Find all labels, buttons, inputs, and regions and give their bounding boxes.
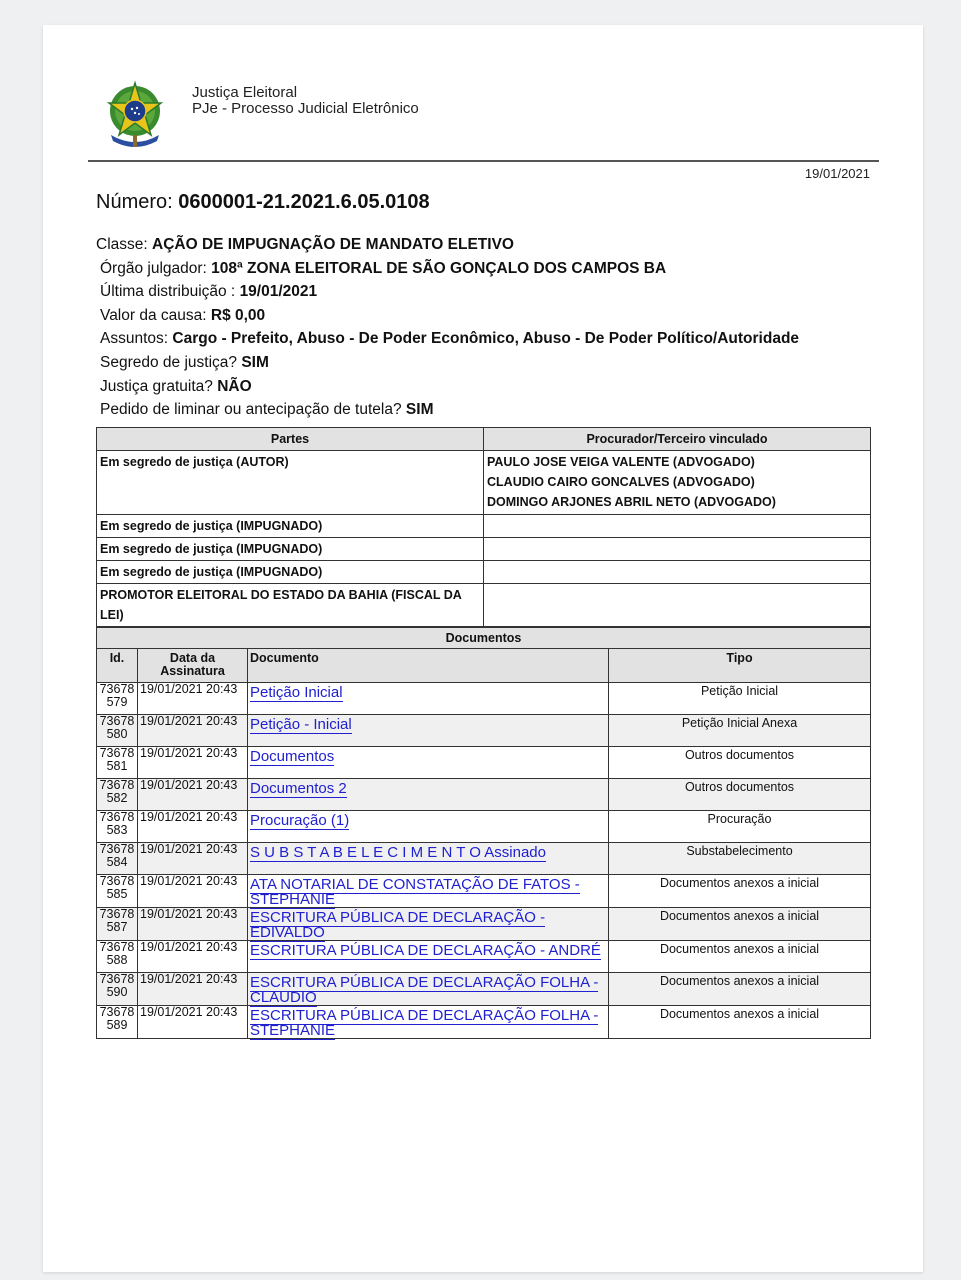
table-row: 7367858019/01/2021 20:43Petição - Inicia… [97,715,871,747]
doc-cell: Documentos [248,747,609,779]
table-row: 7367858219/01/2021 20:43Documentos 2Outr… [97,779,871,811]
doc-id: 73678584 [97,843,138,875]
procurador-header: Procurador/Terceiro vinculado [484,428,871,451]
procurador-cell [484,538,871,561]
doc-signature-date: 19/01/2021 20:43 [138,908,248,941]
field-label: Classe: [96,236,148,253]
field-value: NÃO [217,378,251,395]
field-value: AÇÃO DE IMPUGNAÇÃO DE MANDATO ELETIVO [152,236,514,253]
doc-type: Documentos anexos a inicial [609,941,871,973]
doc-link[interactable]: ESCRITURA PÚBLICA DE DECLARAÇÃO - EDIVAL… [250,907,545,942]
doc-id: 73678587 [97,908,138,941]
field-ultima-distribuicao: Última distribuição : 19/01/2021 [96,280,799,304]
doc-id-part: 585 [97,888,137,901]
parte-cell: PROMOTOR ELEITORAL DO ESTADO DA BAHIA (F… [97,584,484,627]
doc-id-part: 588 [97,954,137,967]
documentos-rows: 7367857919/01/2021 20:43Petição InicialP… [97,683,871,1039]
doc-signature-date: 19/01/2021 20:43 [138,747,248,779]
doc-id-part: 584 [97,856,137,869]
field-justica-gratuita: Justiça gratuita? NÃO [96,375,799,399]
field-label: Valor da causa: [100,307,207,324]
partes-table: Partes Procurador/Terceiro vinculado Em … [96,427,871,627]
doc-cell: ESCRITURA PÚBLICA DE DECLARAÇÃO FOLHA - … [248,973,609,1006]
field-value: 19/01/2021 [240,283,318,300]
documentos-header-row: Id. Data da Assinatura Documento Tipo [97,649,871,683]
document-page: Justiça Eleitoral PJe - Processo Judicia… [43,25,923,1272]
doc-type: Documentos anexos a inicial [609,908,871,941]
table-row: 7367858719/01/2021 20:43ESCRITURA PÚBLIC… [97,908,871,941]
doc-id: 73678589 [97,1006,138,1039]
table-row: 7367857919/01/2021 20:43Petição InicialP… [97,683,871,715]
doc-signature-date: 19/01/2021 20:43 [138,843,248,875]
doc-link[interactable]: S U B S T A B E L E C I M E N T O Assina… [250,842,546,862]
field-label: Pedido de liminar ou antecipação de tute… [100,401,402,418]
doc-id: 73678582 [97,779,138,811]
doc-id: 73678579 [97,683,138,715]
doc-cell: ESCRITURA PÚBLICA DE DECLARAÇÃO - ANDRÉ [248,941,609,973]
table-row: Em segredo de justiça (IMPUGNADO) [97,538,871,561]
doc-link[interactable]: Documentos 2 [250,778,347,798]
doc-cell: ESCRITURA PÚBLICA DE DECLARAÇÃO FOLHA - … [248,1006,609,1039]
doc-type: Documentos anexos a inicial [609,1006,871,1039]
doc-cell: Petição - Inicial [248,715,609,747]
table-row: PROMOTOR ELEITORAL DO ESTADO DA BAHIA (F… [97,584,871,627]
doc-link[interactable]: Documentos [250,746,334,766]
field-value: 108ª ZONA ELEITORAL DE SÃO GONÇALO DOS C… [211,260,666,277]
parte-cell: Em segredo de justiça (IMPUGNADO) [97,561,484,584]
doc-id-part: 587 [97,921,137,934]
documento-header: Documento [248,649,609,683]
table-row: Em segredo de justiça (AUTOR) PAULO JOSE… [97,451,871,515]
doc-cell: ESCRITURA PÚBLICA DE DECLARAÇÃO - EDIVAL… [248,908,609,941]
doc-signature-date: 19/01/2021 20:43 [138,715,248,747]
doc-id-part: 582 [97,792,137,805]
doc-type: Procuração [609,811,871,843]
org-name: Justiça Eleitoral [192,85,419,101]
procurador-name: PAULO JOSE VEIGA VALENTE (ADVOGADO) [487,452,867,472]
doc-cell: Petição Inicial [248,683,609,715]
table-row: 7367858519/01/2021 20:43ATA NOTARIAL DE … [97,875,871,908]
table-row: 7367858419/01/2021 20:43S U B S T A B E … [97,843,871,875]
brazil-coat-of-arms-icon [105,79,165,153]
field-label: Assuntos: [100,330,168,347]
doc-link[interactable]: Petição - Inicial [250,714,352,734]
doc-id: 73678583 [97,811,138,843]
documentos-caption: Documentos [97,628,871,649]
document-header: Justiça Eleitoral PJe - Processo Judicia… [88,25,879,162]
doc-cell: Documentos 2 [248,779,609,811]
print-date: 19/01/2021 [805,166,870,181]
doc-type: Outros documentos [609,779,871,811]
doc-cell: S U B S T A B E L E C I M E N T O Assina… [248,843,609,875]
doc-link[interactable]: ESCRITURA PÚBLICA DE DECLARAÇÃO FOLHA - … [250,1005,598,1040]
parte-cell: Em segredo de justiça (IMPUGNADO) [97,515,484,538]
field-label: Órgão julgador: [100,260,207,277]
procurador-cell [484,584,871,627]
doc-link[interactable]: ESCRITURA PÚBLICA DE DECLARAÇÃO - ANDRÉ [250,940,601,960]
procurador-name: CLAUDIO CAIRO GONCALVES (ADVOGADO) [487,472,867,492]
doc-signature-date: 19/01/2021 20:43 [138,683,248,715]
doc-signature-date: 19/01/2021 20:43 [138,1006,248,1039]
field-classe: Classe: AÇÃO DE IMPUGNAÇÃO DE MANDATO EL… [96,233,799,257]
doc-link[interactable]: Procuração (1) [250,810,349,830]
table-row: 7367858119/01/2021 20:43DocumentosOutros… [97,747,871,779]
field-segredo-justica: Segredo de justiça? SIM [96,351,799,375]
field-label: Última distribuição : [100,283,235,300]
field-value: R$ 0,00 [211,307,265,324]
doc-type: Documentos anexos a inicial [609,973,871,1006]
table-row: 7367858319/01/2021 20:43Procuração (1)Pr… [97,811,871,843]
table-row: 7367859019/01/2021 20:43ESCRITURA PÚBLIC… [97,973,871,1006]
doc-id: 73678580 [97,715,138,747]
field-value: SIM [241,354,269,371]
doc-type: Petição Inicial [609,683,871,715]
procurador-cell: PAULO JOSE VEIGA VALENTE (ADVOGADO) CLAU… [484,451,871,515]
parte-cell: Em segredo de justiça (IMPUGNADO) [97,538,484,561]
data-header: Data da Assinatura [138,649,248,683]
doc-signature-date: 19/01/2021 20:43 [138,875,248,908]
parte-cell: Em segredo de justiça (AUTOR) [97,451,484,515]
doc-signature-date: 19/01/2021 20:43 [138,811,248,843]
id-header: Id. [97,649,138,683]
table-row: Em segredo de justiça (IMPUGNADO) [97,561,871,584]
process-number-value: 0600001-21.2021.6.05.0108 [178,191,429,213]
documentos-caption-row: Documentos [97,628,871,649]
doc-signature-date: 19/01/2021 20:43 [138,941,248,973]
doc-id: 73678590 [97,973,138,1006]
procurador-cell [484,515,871,538]
doc-id-part: 580 [97,728,137,741]
doc-id-part: 579 [97,696,137,709]
doc-id-part: 583 [97,824,137,837]
field-orgao-julgador: Órgão julgador: 108ª ZONA ELEITORAL DE S… [96,257,799,281]
doc-type: Outros documentos [609,747,871,779]
field-value: SIM [406,401,434,418]
doc-signature-date: 19/01/2021 20:43 [138,779,248,811]
process-fields: Classe: AÇÃO DE IMPUGNAÇÃO DE MANDATO EL… [96,233,799,422]
procurador-name: DOMINGO ARJONES ABRIL NETO (ADVOGADO) [487,492,867,512]
doc-link[interactable]: Petição Inicial [250,682,343,702]
process-number: Número: 0600001-21.2021.6.05.0108 [96,191,430,214]
doc-id-part: 590 [97,986,137,999]
system-name: PJe - Processo Judicial Eletrônico [192,101,419,117]
documentos-table: Documentos Id. Data da Assinatura Docume… [96,627,871,1039]
tipo-header: Tipo [609,649,871,683]
field-valor-causa: Valor da causa: R$ 0,00 [96,304,799,328]
doc-id-part: 589 [97,1019,137,1032]
doc-type: Documentos anexos a inicial [609,875,871,908]
doc-id: 73678585 [97,875,138,908]
doc-id-part: 581 [97,760,137,773]
table-row: 7367858919/01/2021 20:43ESCRITURA PÚBLIC… [97,1006,871,1039]
process-number-label: Número: [96,191,173,213]
doc-type: Substabelecimento [609,843,871,875]
partes-header: Partes [97,428,484,451]
table-row: Em segredo de justiça (IMPUGNADO) [97,515,871,538]
doc-type: Petição Inicial Anexa [609,715,871,747]
doc-id: 73678581 [97,747,138,779]
doc-cell: ATA NOTARIAL DE CONSTATAÇÃO DE FATOS - S… [248,875,609,908]
field-value: Cargo - Prefeito, Abuso - De Poder Econô… [172,330,799,347]
field-label: Segredo de justiça? [100,354,237,371]
doc-link[interactable]: ESCRITURA PÚBLICA DE DECLARAÇÃO FOLHA - … [250,972,598,1007]
doc-link[interactable]: ATA NOTARIAL DE CONSTATAÇÃO DE FATOS - S… [250,874,580,909]
doc-id: 73678588 [97,941,138,973]
doc-signature-date: 19/01/2021 20:43 [138,973,248,1006]
partes-header-row: Partes Procurador/Terceiro vinculado [97,428,871,451]
field-label: Justiça gratuita? [100,378,213,395]
table-row: 7367858819/01/2021 20:43ESCRITURA PÚBLIC… [97,941,871,973]
doc-cell: Procuração (1) [248,811,609,843]
field-assuntos: Assuntos: Cargo - Prefeito, Abuso - De P… [96,327,799,351]
header-title: Justiça Eleitoral PJe - Processo Judicia… [192,85,419,117]
procurador-cell [484,561,871,584]
field-pedido-liminar: Pedido de liminar ou antecipação de tute… [96,398,799,422]
